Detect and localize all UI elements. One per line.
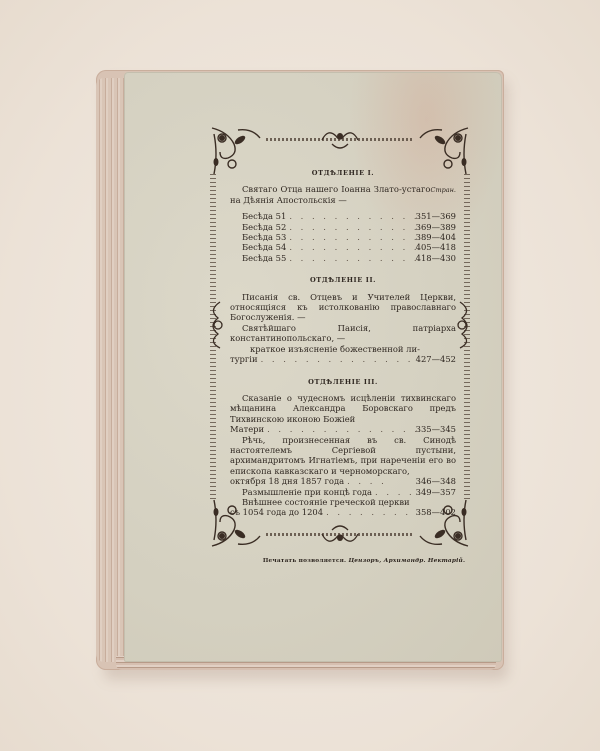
entry-label: Бесѣда 53 [242, 232, 286, 242]
leader-dots: . . . . . . . . . . . . . . . . [286, 242, 415, 252]
pages-column-label: Стран. [430, 185, 456, 195]
entry-label: Бесѣда 51 [242, 211, 286, 221]
toc-entry: Бесѣда 53. . . . . . . . . . . . . . . .… [230, 232, 456, 242]
leader-dots: . . . . . . . . . . . . . . . . [258, 354, 416, 364]
entry-label: октября 18 дня 1857 года [230, 476, 344, 486]
section-title: ОТДѢЛЕНІЕ II. [230, 275, 456, 285]
toc-entry: Матери. . . . . . . . . . . . . . . .335… [230, 424, 456, 434]
section-title: ОТДѢЛЕНІЕ III. [230, 377, 456, 387]
center-ornament-icon [320, 522, 360, 548]
censor-signature: Цензоръ, Архимандр. Нектарій. [348, 558, 465, 564]
entry-pages: 346—348 [416, 476, 456, 486]
center-ornament-icon [320, 126, 360, 152]
entry-text: Внѣшнее состояніе греческой церкви [230, 497, 456, 507]
toc-entry: Бесѣда 55. . . . . . . . . . . . . . . .… [230, 253, 456, 263]
entry-pages: 389—404 [416, 232, 456, 242]
section-sub-text: Святѣйшаго Паисія, патріарха константино… [230, 323, 456, 344]
section-title: ОТДѢЛЕНІЕ I. [230, 168, 456, 178]
leader-dots: . . . . . . . . [323, 507, 416, 517]
entry-pages: 351—369 [416, 211, 456, 221]
entry-pages: 335—345 [416, 424, 456, 434]
leader-dots: . . . . . . . . . . . . . . . . [286, 222, 415, 232]
entry-pages: 427—452 [416, 354, 456, 364]
entry-pages: 418—430 [416, 253, 456, 263]
section-intro: Стран. Святаго Отца нашего Іоанна Злато-… [230, 184, 456, 205]
leader-dots: . . . . . . . . . . . . . . . . [286, 253, 415, 263]
toc-entry: съ 1054 года до 1204. . . . . . . .358—4… [230, 507, 456, 517]
entry-text: Сказаніе о чудесномъ исцѣленіи тихвинска… [230, 393, 456, 424]
section-intro-text: Святаго Отца нашего Іоанна Злато-устаго … [230, 184, 456, 205]
entry-label: Матери [230, 424, 264, 434]
entry-text: краткое изъясненіе божественной ли- [230, 344, 456, 354]
toc-entry: Бесѣда 52. . . . . . . . . . . . . . . .… [230, 222, 456, 232]
entry-label: Размышленіе при концѣ года [242, 487, 372, 497]
censor-text: Печатать позволяется. [263, 558, 346, 564]
entry-label: Бесѣда 52 [242, 222, 286, 232]
table-of-contents: ОТДѢЛЕНІЕ I. Стран. Святаго Отца нашего … [230, 160, 456, 518]
toc-entry: тургіи. . . . . . . . . . . . . . . .427… [230, 354, 456, 364]
leader-dots: . . . . . . . . . . . . . . . . [264, 424, 416, 434]
entry-pages: 405—418 [416, 242, 456, 252]
leader-dots: . . . . . . . . . . . . . . . . [286, 232, 415, 242]
entry-text: Рѣчь, произнесенная въ св. Синодѣ настоя… [230, 435, 456, 477]
entry-label: съ 1054 года до 1204 [230, 507, 323, 517]
leader-dots: . . . . [344, 476, 416, 486]
entry-pages: 358—402 [416, 507, 456, 517]
entry-label: тургіи [230, 354, 258, 364]
toc-entry: Размышленіе при концѣ года. . . .349—357 [230, 487, 456, 497]
leader-dots: . . . . . . . . . . . . . . . . [286, 211, 415, 221]
leader-dots: . . . . [372, 487, 416, 497]
censor-approval: Печатать позволяется. Цензоръ, Архимандр… [254, 558, 474, 564]
entry-pages: 349—357 [416, 487, 456, 497]
toc-entry: Бесѣда 54. . . . . . . . . . . . . . . .… [230, 242, 456, 252]
entry-label: Бесѣда 55 [242, 253, 286, 263]
toc-entry: Бесѣда 51. . . . . . . . . . . . . . . .… [230, 211, 456, 221]
entry-label: Бесѣда 54 [242, 242, 286, 252]
page-edges-left [96, 78, 126, 662]
toc-entry: октября 18 дня 1857 года. . . .346—348 [230, 476, 456, 486]
entry-pages: 369—389 [416, 222, 456, 232]
side-ornament-icon [206, 300, 228, 350]
section-intro-text: Писанія св. Отцевъ и Учителей Церкви, от… [230, 292, 456, 323]
